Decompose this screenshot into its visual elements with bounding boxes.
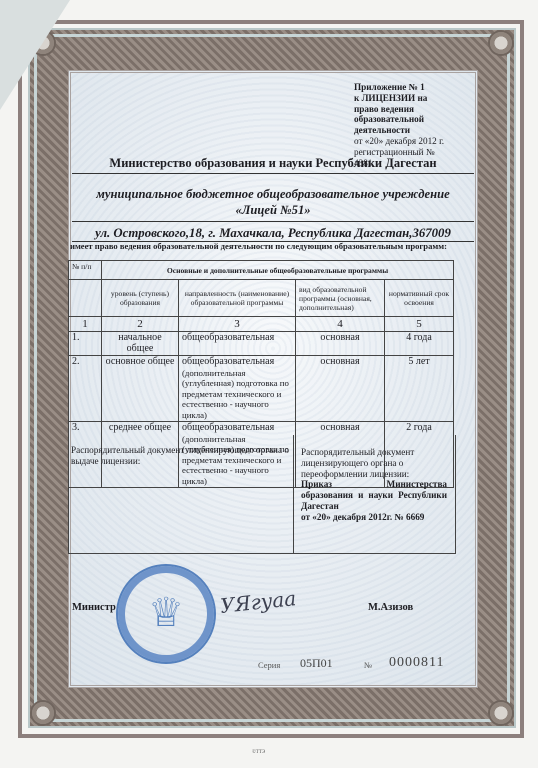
series-value: 05П01	[300, 656, 333, 671]
reissue-document: Распорядительный документ лицензирующего…	[301, 447, 447, 523]
row-level: основное общее	[102, 356, 179, 422]
institution-address: ул. Островского,18, г. Махачкала, Респуб…	[68, 226, 478, 241]
institution-type: муниципальное бюджетное общеобразователь…	[68, 187, 478, 202]
document-body: Приложение № 1 к ЛИЦЕНЗИИ на право веден…	[68, 70, 478, 688]
folded-corner	[0, 0, 70, 110]
group-header: Основные и дополнительные общеобразовате…	[102, 261, 454, 280]
administrative-documents: Распорядительный документ лицензирующего…	[68, 435, 456, 554]
row-direction: общеобразовательная	[179, 332, 296, 356]
column-number: 5	[385, 317, 454, 332]
printer-mark: ©ТТЭ	[252, 750, 265, 755]
row-kind: основная	[296, 356, 385, 422]
row-number: 2.	[69, 356, 102, 422]
border-ornament-icon	[488, 30, 514, 56]
row-direction-detail: (дополнительная (углубленная) подготовка…	[182, 368, 292, 421]
license-appendix-sheet: Приложение № 1 к ЛИЦЕНЗИИ на право веден…	[0, 0, 538, 768]
reissue-order-date: от «20» декабря 2012г. № 6669	[301, 512, 447, 523]
appendix-title: Приложение № 1	[354, 82, 484, 93]
signatory-title: Министр	[72, 602, 116, 613]
ministry-heading: Министерство образования и науки Республ…	[68, 156, 478, 171]
divider	[72, 173, 474, 174]
series-label: Серия	[258, 660, 280, 670]
column-number: 4	[296, 317, 385, 332]
official-seal: ♕	[116, 564, 216, 664]
intro-text: имеет право ведения образовательной деят…	[70, 242, 468, 251]
appendix-date: от «20» декабря 2012 г.	[354, 136, 484, 147]
eagle-emblem-icon: ♕	[142, 588, 190, 638]
row-kind: основная	[296, 332, 385, 356]
border-ornament-icon	[488, 700, 514, 726]
column-header-direction: направленность (наименование) образовате…	[179, 280, 296, 317]
border-ornament-icon	[30, 700, 56, 726]
empty-cell	[69, 280, 102, 317]
table-row: 1. начальное общее общеобразовательная о…	[69, 332, 454, 356]
signature: УЯгуаа	[219, 586, 297, 618]
column-header-kind: вид образовательной программы (основная,…	[296, 280, 385, 317]
row-direction-main: общеобразовательная	[182, 423, 292, 434]
signatory-name: М.Азизов	[368, 602, 413, 613]
reissue-order: Приказ Министерства образования и науки …	[301, 479, 447, 511]
institution-name: «Лицей №51»	[68, 203, 478, 218]
row-term: 5 лет	[385, 356, 454, 422]
column-header-level: уровень (ступень) образования	[102, 280, 179, 317]
row-term: 4 года	[385, 332, 454, 356]
issue-document-label: Распорядительный документ лицензирующего…	[71, 445, 291, 467]
appendix-line: деятельности	[354, 125, 484, 136]
row-direction-main: общеобразовательная	[182, 357, 292, 368]
number-label: №	[364, 660, 372, 670]
row-number: 1.	[69, 332, 102, 356]
appendix-line: право ведения	[354, 104, 484, 115]
table-row: 2. основное общее общеобразовательная (д…	[69, 356, 454, 422]
column-header-term: нормативный срок освоения	[385, 280, 454, 317]
column-header-number: № п/п	[69, 261, 102, 280]
form-number: 0000811	[389, 655, 444, 671]
appendix-line: к ЛИЦЕНЗИИ на	[354, 93, 484, 104]
divider	[72, 221, 474, 222]
column-divider	[293, 435, 294, 553]
column-number: 2	[102, 317, 179, 332]
column-number: 1	[69, 317, 102, 332]
reissue-document-label: Распорядительный документ лицензирующего…	[301, 447, 447, 479]
row-direction: общеобразовательная (дополнительная (угл…	[179, 356, 296, 422]
column-number: 3	[179, 317, 296, 332]
appendix-line: образовательной	[354, 114, 484, 125]
row-level: начальное общее	[102, 332, 179, 356]
